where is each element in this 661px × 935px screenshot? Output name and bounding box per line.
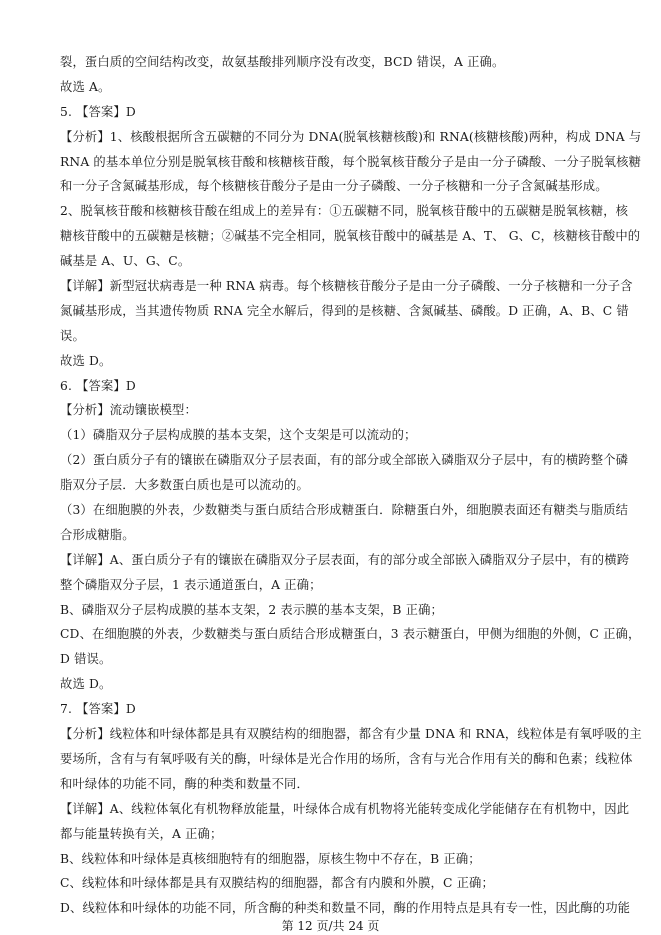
text-line: B、磷脂双分子层构成膜的基本支架，2 表示膜的基本支架，B 正确； [60, 598, 608, 623]
text-line: 和一分子含氮碱基形成，每个核糖核苷酸分子是由一分子磷酸、一分子核糖和一分子含氮碱… [60, 174, 608, 199]
answer-heading-5: 5. 【答案】D [60, 100, 608, 125]
document-body: 裂，蛋白质的空间结构改变，故氨基酸排列顺序没有改变，BCD 错误，A 正确。 故… [60, 50, 608, 921]
text-line: 故选 A。 [60, 75, 608, 100]
text-line: 误。 [60, 324, 608, 349]
text-line: 【详解】A、蛋白质分子有的镶嵌在磷脂双分子层表面，有的部分或全部嵌入磷脂双分子层… [60, 548, 608, 573]
text-line: C、线粒体和叶绿体都是具有双膜结构的细胞器，都含有内膜和外膜，C 正确； [60, 871, 608, 896]
text-line: 糖核苷酸中的五碳糖是核糖；②碱基不完全相同，脱氧核苷酸中的碱基是 A、T、 G、… [60, 224, 608, 249]
text-line: B、线粒体和叶绿体是真核细胞特有的细胞器，原核生物中不存在，B 正确； [60, 847, 608, 872]
text-line: 【分析】1、核酸根据所含五碳糖的不同分为 DNA(脱氧核糖核酸)和 RNA(核糖… [60, 125, 608, 150]
text-line: 【分析】线粒体和叶绿体都是具有双膜结构的细胞器，都含有少量 DNA 和 RNA，… [60, 722, 608, 747]
answer-heading-6: 6. 【答案】D [60, 374, 608, 399]
text-line: 氮碱基形成，当其遗传物质 RNA 完全水解后，得到的是核糖、含氮碱基、磷酸。D … [60, 299, 608, 324]
text-line: （3）在细胞膜的外表，少数糖类与蛋白质结合形成糖蛋白．除糖蛋白外，细胞膜表面还有… [60, 498, 608, 523]
text-line: 故选 D。 [60, 672, 608, 697]
text-line: 裂，蛋白质的空间结构改变，故氨基酸排列顺序没有改变，BCD 错误，A 正确。 [60, 50, 608, 75]
page-number: 第 12 页/共 24 页 [0, 917, 661, 934]
text-line: 脂双分子层．大多数蛋白质也是可以流动的。 [60, 473, 608, 498]
text-line: 【详解】新型冠状病毒是一种 RNA 病毒。每个核糖核苷酸分子是由一分子磷酸、一分… [60, 274, 608, 299]
answer-heading-7: 7. 【答案】D [60, 697, 608, 722]
text-line: （1）磷脂双分子层构成膜的基本支架，这个支架是可以流动的； [60, 423, 608, 448]
text-line: 【详解】A、线粒体氧化有机物释放能量，叶绿体合成有机物将光能转变成化学能储存在有… [60, 797, 608, 822]
text-line: 2、脱氧核苷酸和核糖核苷酸在组成上的差异有：①五碳糖不同，脱氧核苷酸中的五碳糖是… [60, 199, 608, 224]
text-line: RNA 的基本单位分别是脱氧核苷酸和核糖核苷酸，每个脱氧核苷酸分子是由一分子磷酸… [60, 150, 608, 175]
text-line: （2）蛋白质分子有的镶嵌在磷脂双分子层表面，有的部分或全部嵌入磷脂双分子层中，有… [60, 448, 608, 473]
text-line: 合形成糖脂。 [60, 523, 608, 548]
text-line: 故选 D。 [60, 349, 608, 374]
text-line: 和叶绿体的功能不同，酶的种类和数量不同． [60, 772, 608, 797]
text-line: CD、在细胞膜的外表，少数糖类与蛋白质结合形成糖蛋白，3 表示糖蛋白，甲侧为细胞… [60, 622, 608, 647]
text-line: 都与能量转换有关，A 正确； [60, 822, 608, 847]
text-line: 整个磷脂双分子层，1 表示通道蛋白，A 正确； [60, 573, 608, 598]
text-line: D 错误。 [60, 647, 608, 672]
text-line: 碱基是 A、U、G、C。 [60, 249, 608, 274]
text-line: 【分析】流动镶嵌模型： [60, 398, 608, 423]
text-line: 要场所，含有与有氧呼吸有关的酶，叶绿体是光合作用的场所，含有与光合作用有关的酶和… [60, 747, 608, 772]
